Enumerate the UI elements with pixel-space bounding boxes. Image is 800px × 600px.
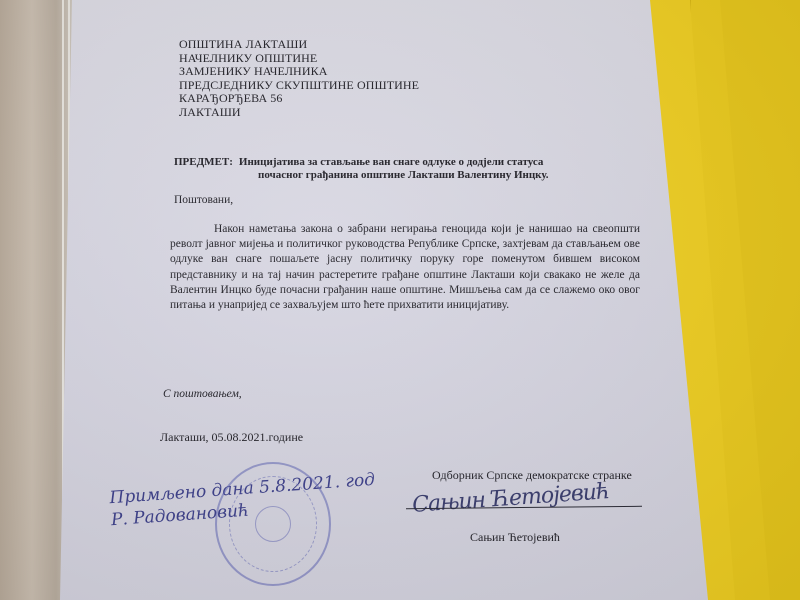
recipient-line: ПРЕДСЈЕДНИКУ СКУПШТИНЕ ОПШТИНЕ xyxy=(179,79,419,93)
handwritten-signature: Сањин Ћетојевић xyxy=(411,479,609,518)
subject-line-2: почасног грађанина општине Лакташи Вален… xyxy=(174,169,619,182)
recipient-line: ЗАМЈЕНИКУ НАЧЕЛНИКА xyxy=(179,65,419,79)
stamp-emblem-icon xyxy=(255,506,291,542)
recipient-address: ОПШТИНА ЛАКТАШИ НАЧЕЛНИКУ ОПШТИНЕ ЗАМЈЕН… xyxy=(179,38,419,120)
official-stamp xyxy=(215,462,331,586)
subject-label: ПРЕДМЕТ: xyxy=(174,156,233,168)
body-paragraph: Након наметања закона о забрани негирања… xyxy=(170,222,640,313)
subject-line-1: Иницијатива за стављање ван снаге одлуке… xyxy=(239,156,544,168)
recipient-line: КАРАЂОРЂЕВА 56 xyxy=(179,92,419,106)
subject: ПРЕДМЕТ:Иницијатива за стављање ван снаг… xyxy=(174,156,619,182)
recipient-line: ЛАКТАШИ xyxy=(179,106,419,120)
letter-body: Након наметања закона о забрани негирања… xyxy=(170,222,640,313)
signer-name: Сањин Ћетојевић xyxy=(470,530,560,545)
closing: С поштовањем, xyxy=(163,388,242,400)
place-date: Лакташи, 05.08.2021.године xyxy=(160,430,303,445)
recipient-line: ОПШТИНА ЛАКТАШИ xyxy=(179,38,419,52)
document: ОПШТИНА ЛАКТАШИ НАЧЕЛНИКУ ОПШТИНЕ ЗАМЈЕН… xyxy=(0,0,800,600)
greeting: Поштовани, xyxy=(174,194,233,206)
recipient-line: НАЧЕЛНИКУ ОПШТИНЕ xyxy=(179,52,419,66)
